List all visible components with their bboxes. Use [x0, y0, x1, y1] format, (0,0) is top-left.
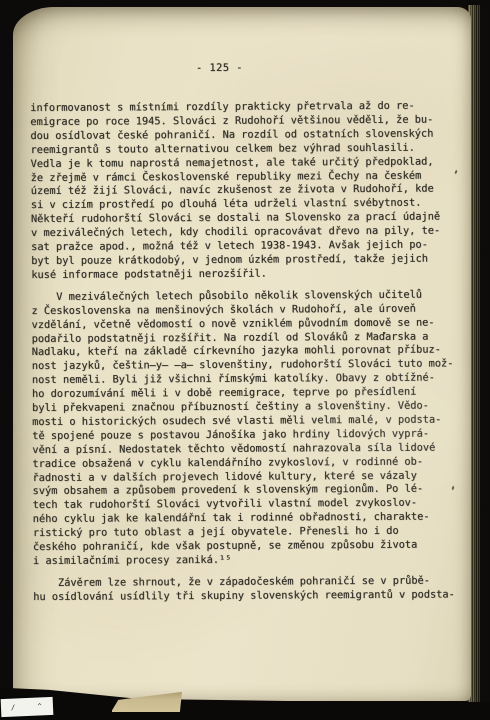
archive-label-marks: / ^ — [11, 702, 51, 712]
paragraph: informovanost s místními rozdíly praktic… — [30, 99, 467, 282]
scanned-book-spread: - 125 - informovanost s místními rozdíly… — [0, 0, 490, 720]
page-body: informovanost s místními rozdíly praktic… — [30, 99, 469, 604]
book-page: - 125 - informovanost s místními rozdíly… — [13, 7, 471, 701]
archive-label: / ^ — [1, 697, 54, 717]
paragraph: Závěrem lze shrnout, že v západočeském p… — [33, 574, 469, 604]
paragraph: V meziválečných letech působilo několik … — [31, 288, 469, 569]
page-number: - 125 - — [196, 62, 243, 76]
typewritten-text-block: - 125 - informovanost s místními rozdíly… — [30, 60, 466, 63]
